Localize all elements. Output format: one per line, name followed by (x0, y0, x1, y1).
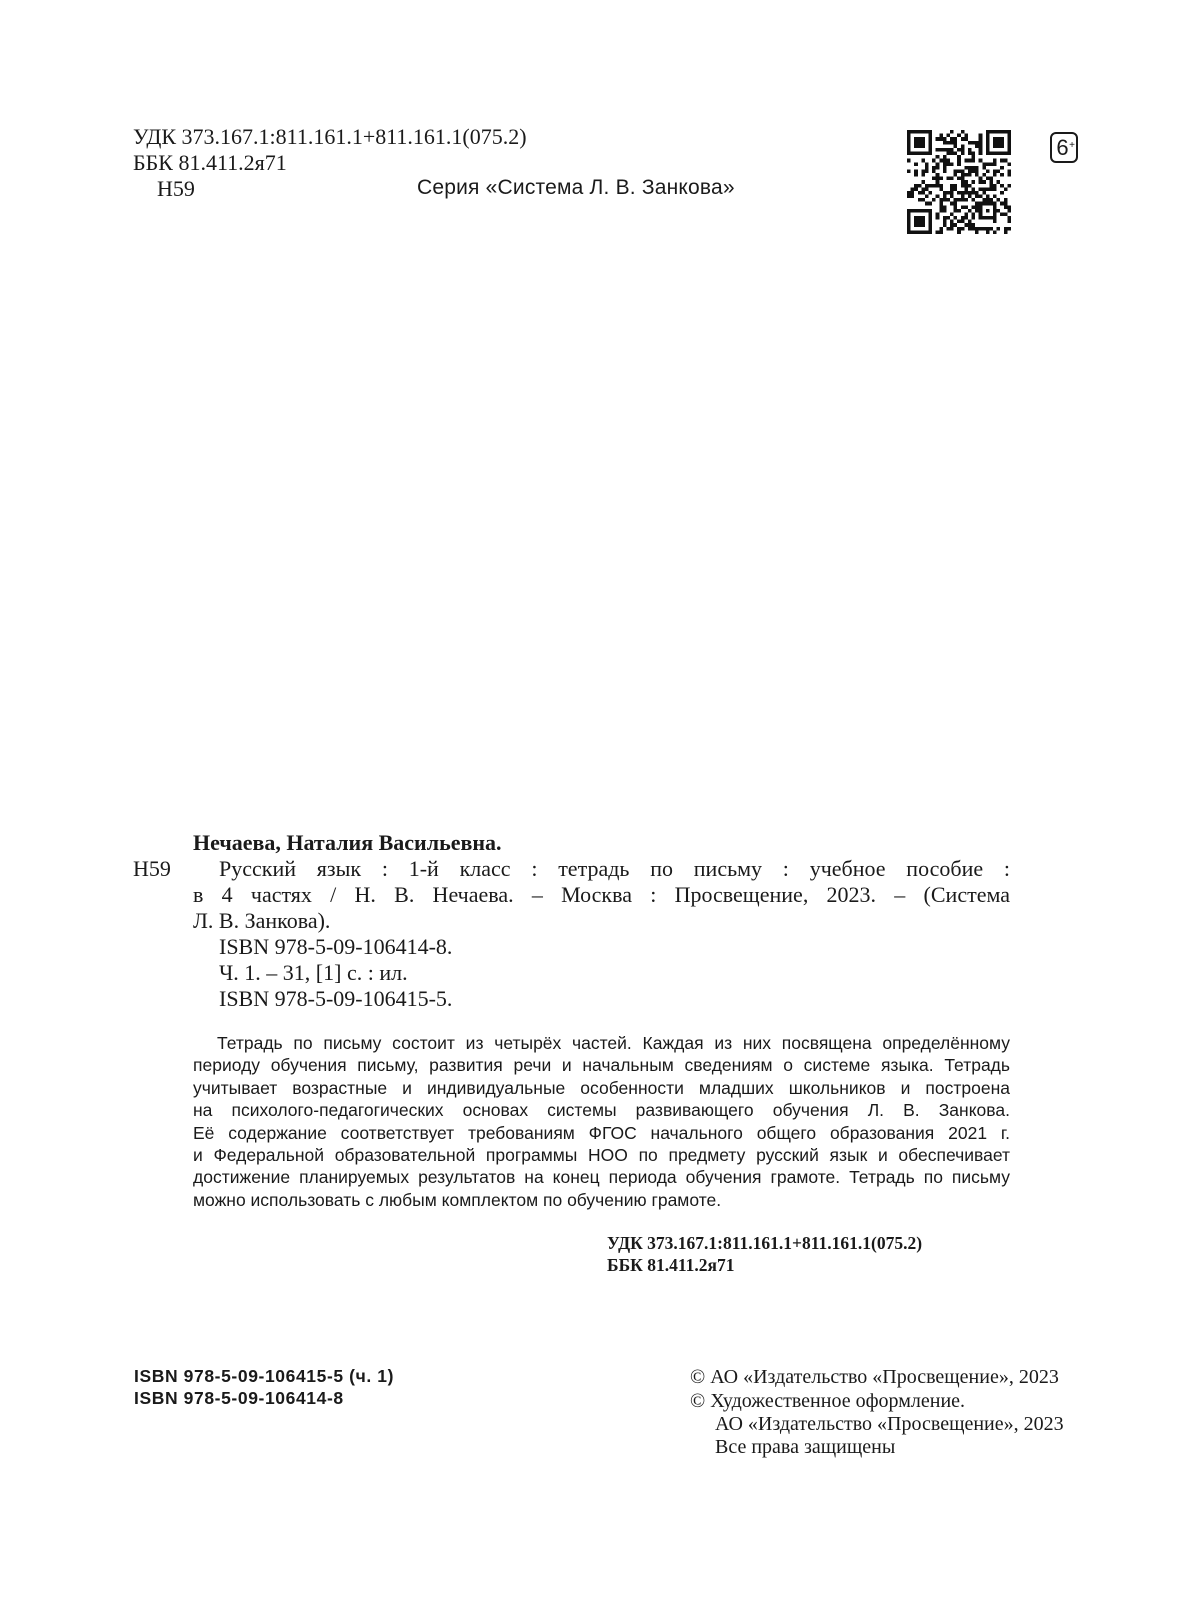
author-code-card: Н59 (133, 856, 171, 882)
annotation-text: Тетрадь по письму состоит из четырёх час… (193, 1032, 1010, 1211)
author-code-top: Н59 (157, 176, 195, 202)
annotation-line: Её содержание соответствует требованиям … (193, 1122, 1010, 1144)
annotation-line: Тетрадь по письму состоит из четырёх час… (193, 1032, 1010, 1054)
copyright-line: © Художественное оформление. (690, 1390, 965, 1413)
udk-code-top: УДК 373.167.1:811.161.1+811.161.1(075.2) (133, 124, 527, 150)
udk-code-bottom: УДК 373.167.1:811.161.1+811.161.1(075.2) (607, 1232, 922, 1254)
annotation-line: и Федеральной образовательной программы … (193, 1144, 1010, 1166)
age-rating-badge: 6 + (1050, 132, 1078, 163)
copyright-line: © АО «Издательство «Просвещение», 2023 (690, 1366, 1059, 1389)
series-title: Серия «Система Л. В. Занкова» (417, 176, 735, 200)
bbk-code-top: ББК 81.411.2я71 (133, 150, 287, 176)
part-info: Ч. 1. – 31, [1] с. : ил. (219, 960, 408, 986)
copyright-line: АО «Издательство «Просвещение», 2023 (715, 1413, 1064, 1436)
age-rating-plus: + (1069, 140, 1075, 151)
isbn-set-card: ISBN 978-5-09-106414-8. (219, 934, 452, 960)
annotation-line: можно использовать с любым комплектом по… (193, 1189, 1010, 1211)
isbn-footer-set: ISBN 978-5-09-106414-8 (134, 1388, 344, 1409)
bibliographic-description: Русский язык : 1-й класс : тетрадь по пи… (193, 856, 1010, 934)
age-rating-number: 6 (1056, 137, 1068, 159)
qr-code-icon (907, 130, 1011, 234)
description-line: в 4 частях / Н. В. Нечаева. – Москва : П… (193, 882, 1010, 908)
isbn-footer-part: ISBN 978-5-09-106415-5 (ч. 1) (134, 1366, 394, 1387)
annotation-line: достижение планируемых результатов на ко… (193, 1166, 1010, 1188)
annotation-line: на психолого-педагогических основах сист… (193, 1099, 1010, 1121)
annotation-line: учитывает возрастные и индивидуальные ос… (193, 1077, 1010, 1099)
rights-reserved: Все права защищены (715, 1436, 895, 1459)
description-line: Л. В. Занкова). (193, 908, 1010, 934)
description-line: Русский язык : 1-й класс : тетрадь по пи… (193, 856, 1010, 882)
author-name: Нечаева, Наталия Васильевна. (193, 830, 502, 856)
isbn-part-card: ISBN 978-5-09-106415-5. (219, 986, 452, 1012)
annotation-line: периоду обучения письму, развития речи и… (193, 1054, 1010, 1076)
bbk-code-bottom: ББК 81.411.2я71 (607, 1254, 734, 1276)
